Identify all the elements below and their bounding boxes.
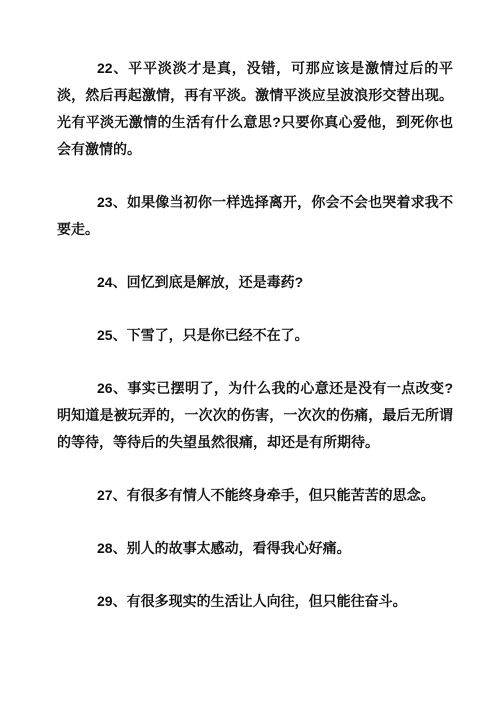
quote-paragraph-22: 22、平平淡淡才是真，没错，可那应该是激情过后的平淡，然后再起激情，再有平淡。激… xyxy=(57,55,453,163)
quote-paragraph-27: 27、有很多有情人不能终身牵手，但只能苦苦的思念。 xyxy=(57,482,453,509)
quote-paragraph-23: 23、如果像当初你一样选择离开，你会不会也哭着求我不要走。 xyxy=(57,189,453,243)
quote-paragraph-24: 24、回忆到底是解放，还是毒药? xyxy=(57,269,453,296)
quote-paragraph-28: 28、别人的故事太感动，看得我心好痛。 xyxy=(57,535,453,562)
quote-paragraph-26: 26、事实已摆明了，为什么我的心意还是没有一点改变?明知道是被玩弄的，一次次的伤… xyxy=(57,375,453,456)
quote-paragraph-25: 25、下雪了，只是你已经不在了。 xyxy=(57,322,453,349)
quote-paragraph-29: 29、有很多现实的生活让人向往，但只能往奋斗。 xyxy=(57,588,453,615)
document-page: 22、平平淡淡才是真，没错，可那应该是激情过后的平淡，然后再起激情，再有平淡。激… xyxy=(0,0,500,707)
